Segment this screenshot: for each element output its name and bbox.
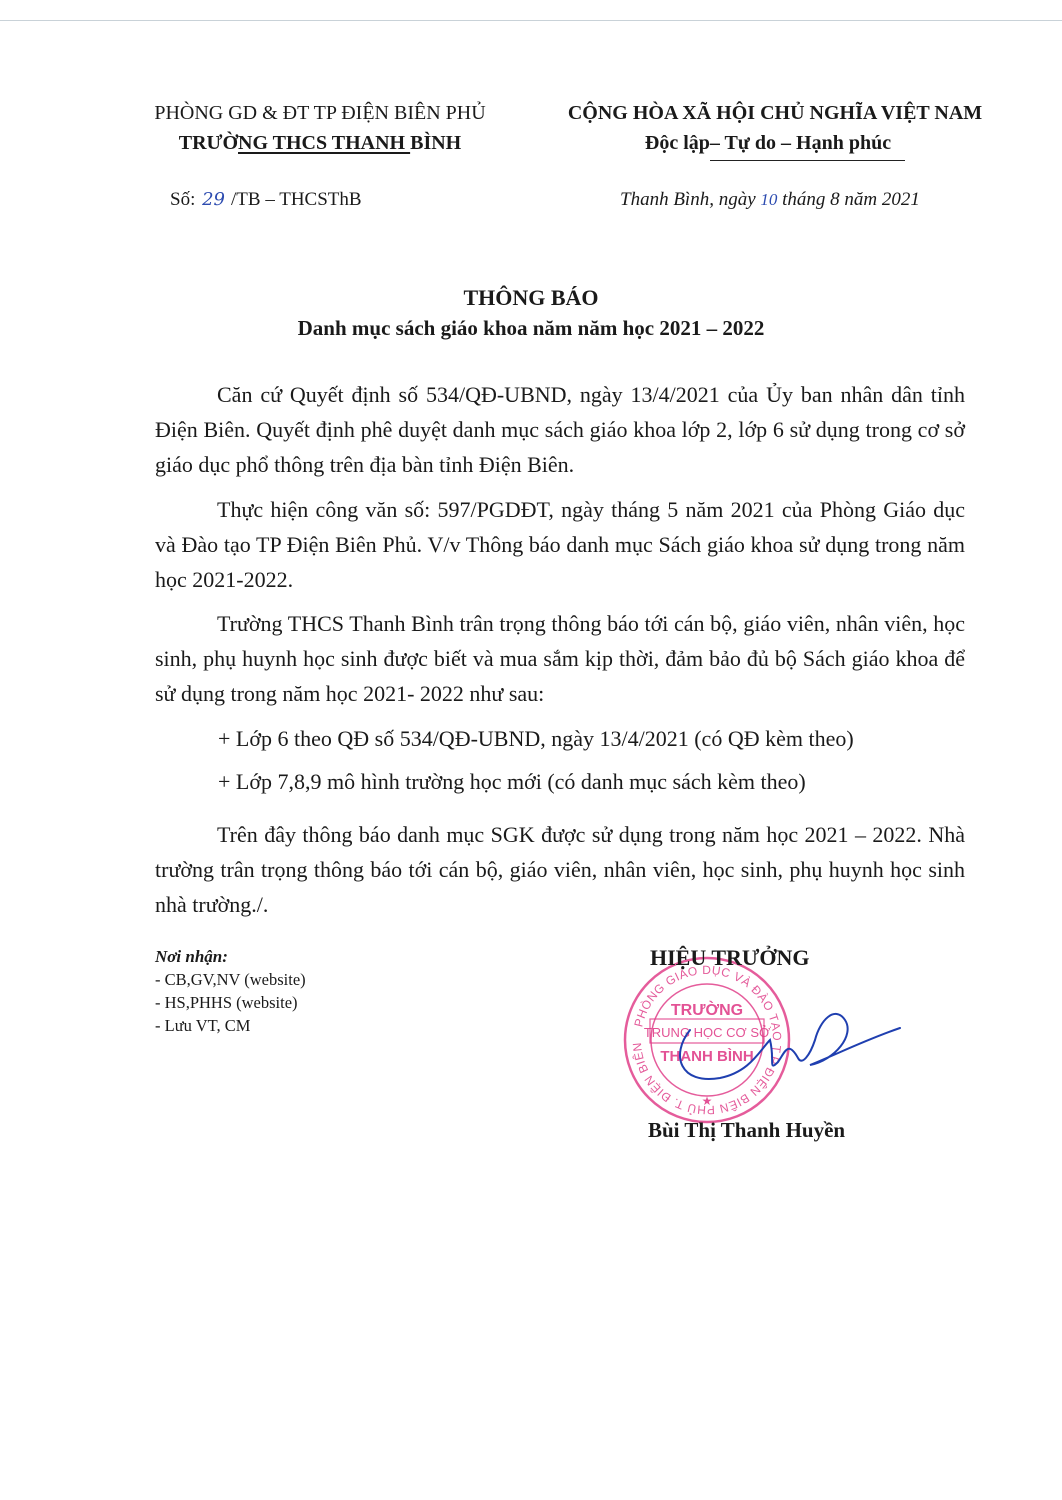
handwritten-signature xyxy=(660,1000,910,1090)
issuer-header: PHÒNG GD & ĐT TP ĐIỆN BIÊN PHỦ TRƯỜNG TH… xyxy=(100,98,540,158)
handwritten-number: 29 xyxy=(200,189,231,210)
nation-line: CỘNG HÒA XÃ HỘI CHỦ NGHĨA VIỆT NAM xyxy=(540,98,1010,128)
document-subtitle: Danh mục sách giáo khoa năm năm học 2021… xyxy=(0,313,1062,343)
handwritten-day: 10 xyxy=(760,190,777,209)
recipients-heading: Nơi nhận: xyxy=(155,945,306,968)
closing-paragraph: Trên đây thông báo danh mục SGK được sử … xyxy=(155,817,965,922)
paragraph: Căn cứ Quyết định số 534/QĐ-UBND, ngày 1… xyxy=(155,377,965,482)
document-title: THÔNG BÁO xyxy=(0,283,1062,313)
recipient-item: - Lưu VT, CM xyxy=(155,1014,306,1037)
recipient-item: - HS,PHHS (website) xyxy=(155,991,306,1014)
signatory-title: HIỆU TRƯỞNG xyxy=(650,945,810,971)
paragraph: Trường THCS Thanh Bình trân trọng thông … xyxy=(155,606,965,711)
scan-top-edge xyxy=(0,20,1062,21)
recipient-item: - CB,GV,NV (website) xyxy=(155,968,306,991)
school-name: TRƯỜNG THCS THANH BÌNH xyxy=(100,128,540,158)
paragraph: Thực hiện công văn số: 597/PGDĐT, ngày t… xyxy=(155,492,965,597)
national-header: CỘNG HÒA XÃ HỘI CHỦ NGHĨA VIỆT NAM Độc l… xyxy=(540,98,1010,161)
document-number: Số: 29/TB – THCSThB xyxy=(170,189,362,211)
agency-line: PHÒNG GD & ĐT TP ĐIỆN BIÊN PHỦ xyxy=(100,98,540,128)
signatory-name: Bùi Thị Thanh Huyền xyxy=(648,1118,845,1143)
motto: Độc lập – Tự do – Hạnh phúc xyxy=(540,128,1010,161)
date-line: Thanh Bình, ngày 10 tháng 8 năm 2021 xyxy=(620,189,920,211)
svg-text:★: ★ xyxy=(702,1094,713,1108)
recipients-block: Nơi nhận: - CB,GV,NV (website) - HS,PHHS… xyxy=(155,945,306,1037)
list-item: + Lớp 6 theo QĐ số 534/QĐ-UBND, ngày 13/… xyxy=(218,721,854,756)
list-item: + Lớp 7,8,9 mô hình trường học mới (có d… xyxy=(218,764,806,799)
